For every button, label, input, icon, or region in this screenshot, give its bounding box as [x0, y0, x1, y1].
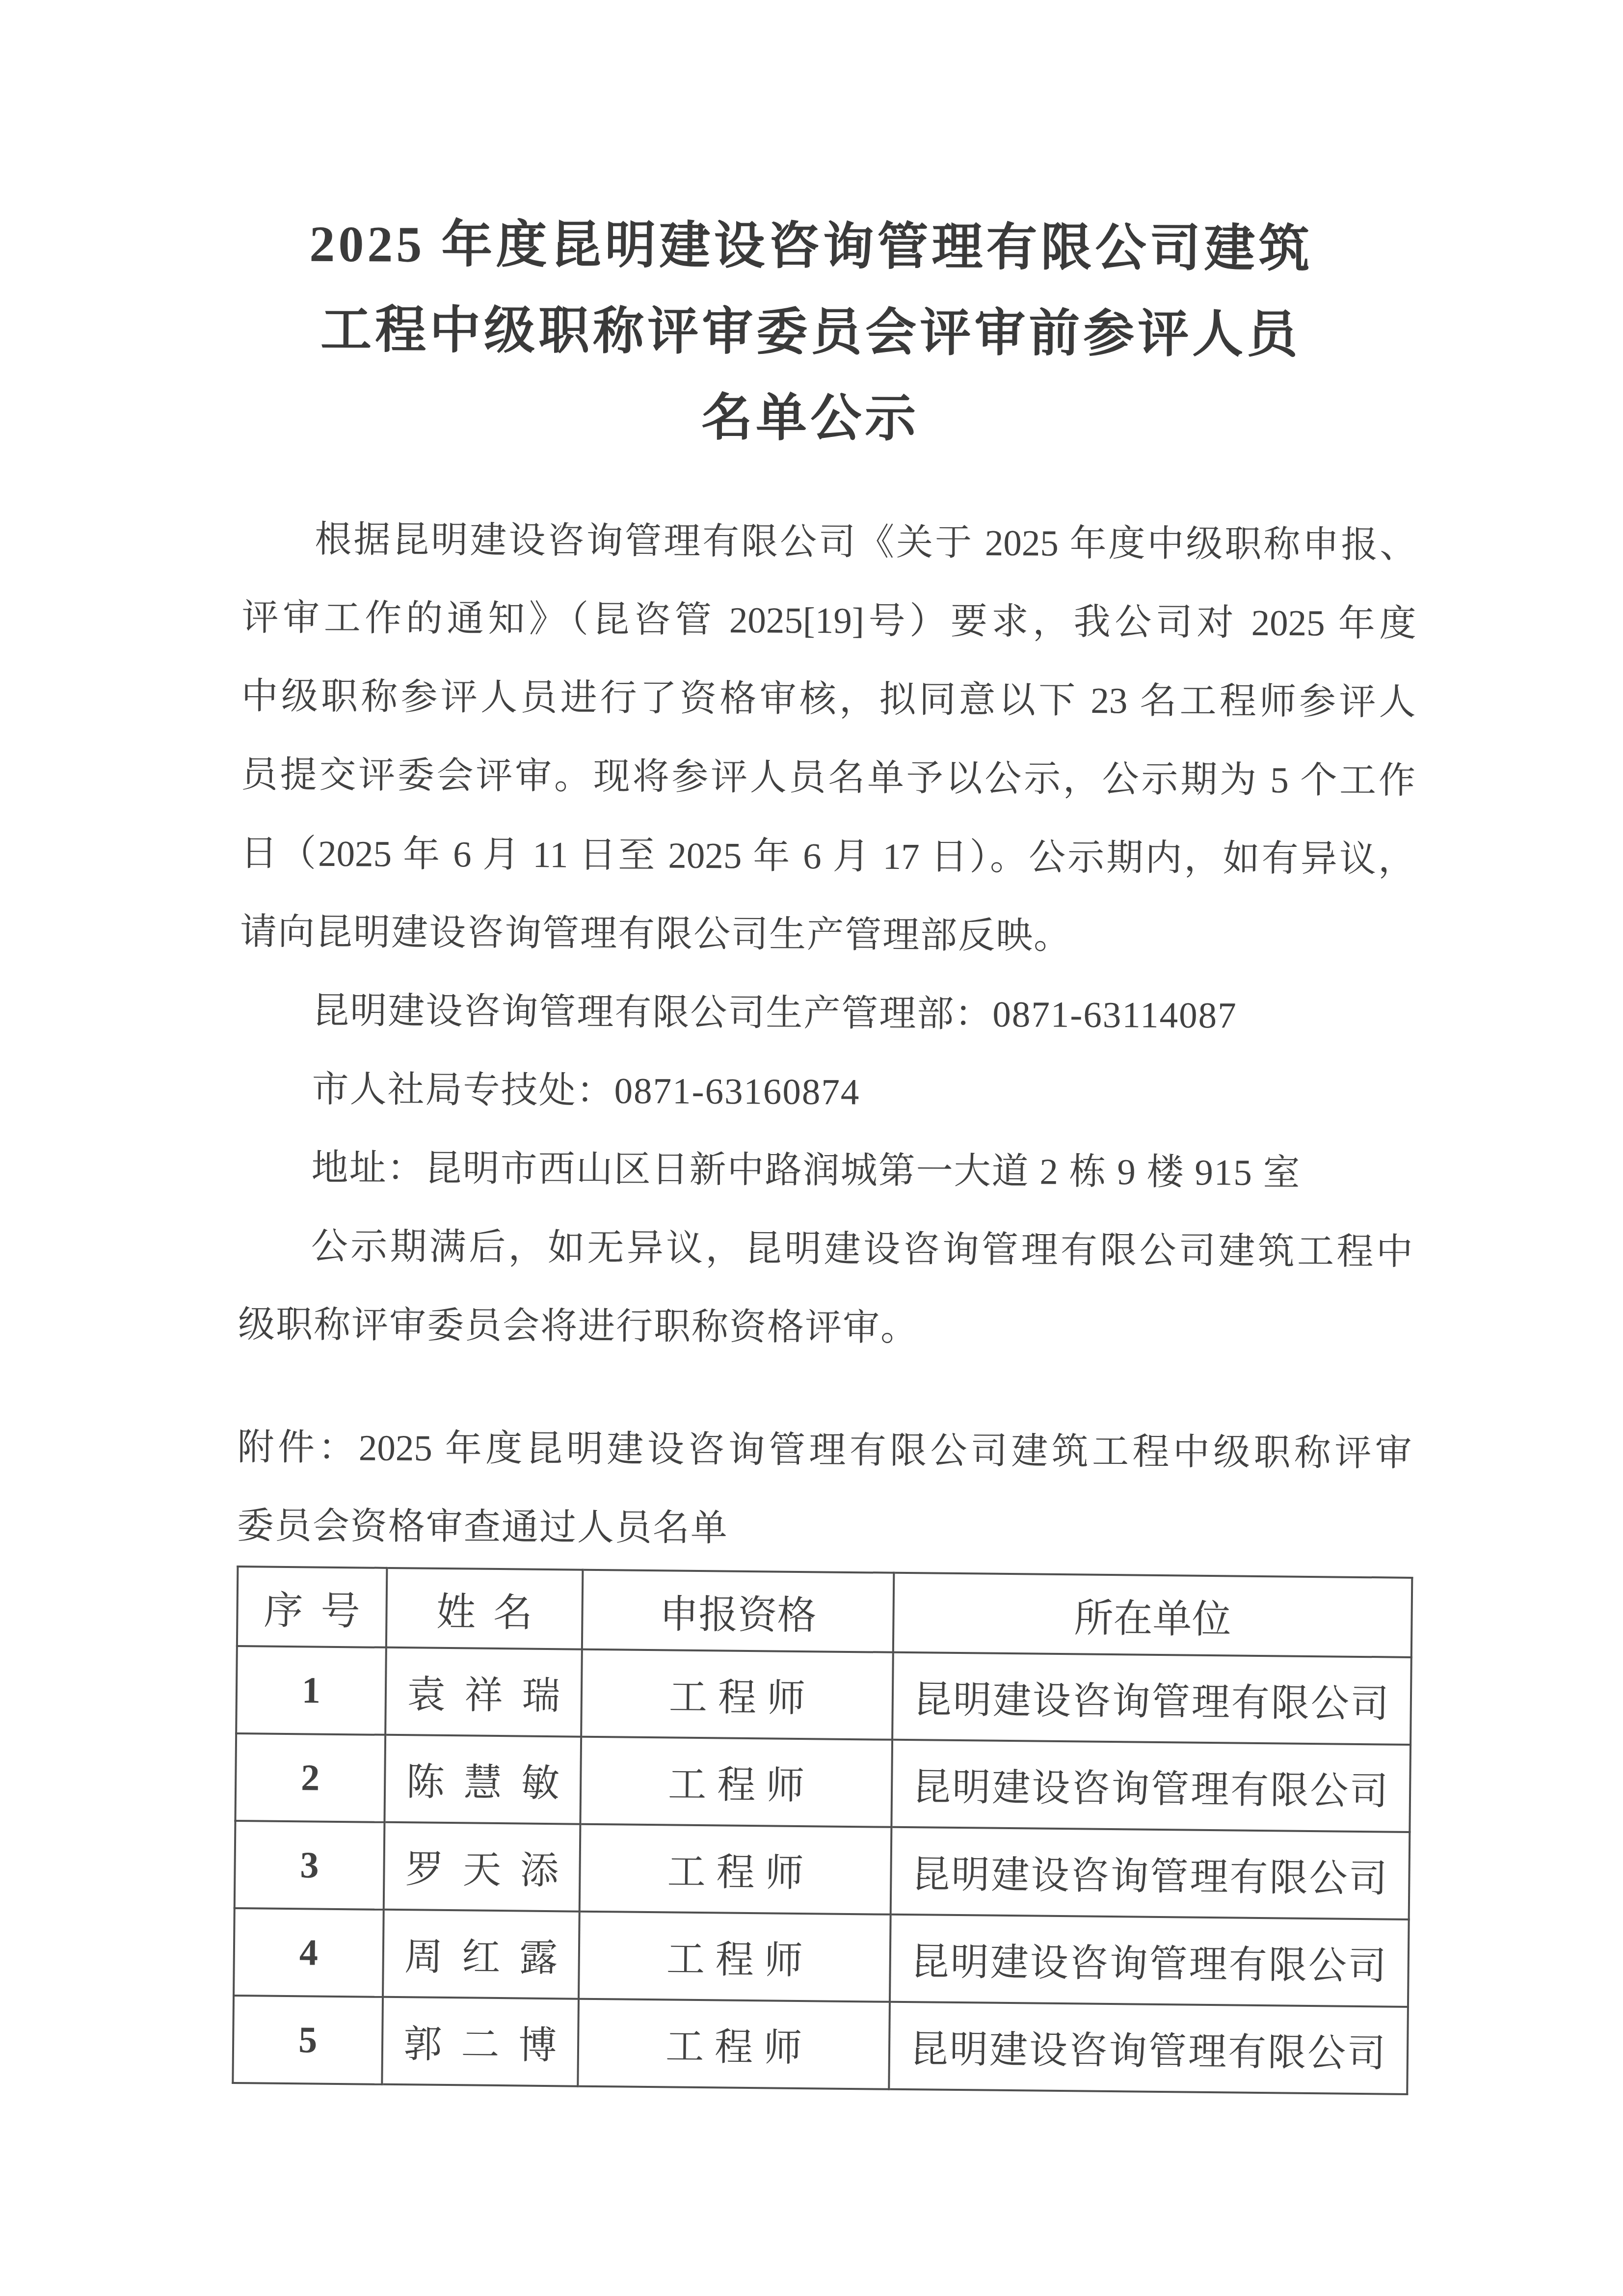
contact-line-hr-bureau-phone: 市人社局专技处：0871-63160874	[239, 1050, 1414, 1135]
cell-name: 罗天添	[384, 1822, 581, 1912]
col-header-qualification: 申报资格	[582, 1570, 894, 1652]
cell-no: 4	[234, 1908, 384, 1997]
blank-line-spacer	[238, 1364, 1412, 1415]
cell-name: 袁祥瑞	[385, 1648, 582, 1737]
attachment-note: 附件：2025 年度昆明建设咨询管理有限公司建筑工程中级职称评审 委员会资格审查…	[237, 1408, 1412, 1572]
body-line: 员提交评委会评审。现将参评人员名单予以公示，公示期为 5 个工作	[240, 736, 1415, 821]
cell-unit: 昆明建设咨询管理有限公司	[891, 1827, 1410, 1919]
cell-name: 陈慧敏	[384, 1735, 581, 1824]
document-content: 根据昆明建设咨询管理有限公司《关于 2025 年度中级职称申报、 评审工作的通知…	[234, 500, 1417, 2090]
body-line: 请向昆明建设咨询管理有限公司生产管理部反映。	[240, 893, 1415, 978]
cell-unit: 昆明建设咨询管理有限公司	[890, 1915, 1409, 2007]
body-line: 级职称评审委员会将进行职称资格评审。	[238, 1286, 1413, 1371]
document-title-line-2: 工程中级职称评审委员会评审前参评人员	[0, 285, 1623, 379]
scanned-document-page: 2025 年度昆明建设咨询管理有限公司建筑 工程中级职称评审委员会评审前参评人员…	[0, 0, 1623, 2296]
body-line: 日（2025 年 6 月 11 日至 2025 年 6 月 17 日）。公示期内…	[240, 814, 1415, 899]
attachment-line: 委员会资格审查通过人员名单	[237, 1487, 1411, 1572]
table-header-row: 序号 姓名 申报资格 所在单位	[237, 1567, 1412, 1657]
cell-no: 1	[236, 1646, 386, 1735]
cell-unit: 昆明建设咨询管理有限公司	[889, 2002, 1408, 2094]
table-row: 2 陈慧敏 工程师 昆明建设咨询管理有限公司	[235, 1733, 1410, 1832]
contact-line-address: 地址：昆明市西山区日新中路润城第一大道 2 栋 9 楼 915 室	[239, 1129, 1413, 1214]
table-row: 1 袁祥瑞 工程师 昆明建设咨询管理有限公司	[236, 1646, 1411, 1745]
cell-qualification: 工程师	[580, 1737, 892, 1827]
document-title: 2025 年度昆明建设咨询管理有限公司建筑 工程中级职称评审委员会评审前参评人员…	[0, 199, 1623, 465]
roster-table-wrapper: 序号 姓名 申报资格 所在单位 1 袁祥瑞 工程师 昆明建设咨询管理有限公司	[232, 1566, 1411, 2095]
cell-name: 周红露	[383, 1910, 580, 1999]
document-sheet: 2025 年度昆明建设咨询管理有限公司建筑 工程中级职称评审委员会评审前参评人员…	[0, 199, 1623, 2091]
cell-no: 3	[235, 1821, 385, 1910]
col-header-no: 序号	[237, 1567, 387, 1648]
roster-table: 序号 姓名 申报资格 所在单位 1 袁祥瑞 工程师 昆明建设咨询管理有限公司	[232, 1566, 1413, 2095]
cell-qualification: 工程师	[578, 1999, 890, 2089]
cell-no: 5	[233, 1996, 383, 2084]
attachment-line: 附件：2025 年度昆明建设咨询管理有限公司建筑工程中级职称评审	[237, 1408, 1412, 1493]
table-row: 5 郭二博 工程师 昆明建设咨询管理有限公司	[233, 1996, 1408, 2094]
body-paragraphs: 根据昆明建设咨询管理有限公司《关于 2025 年度中级职称申报、 评审工作的通知…	[238, 500, 1417, 1371]
body-line: 根据昆明建设咨询管理有限公司《关于 2025 年度中级职称申报、	[242, 500, 1417, 585]
document-title-line-3: 名单公示	[0, 371, 1622, 465]
cell-unit: 昆明建设咨询管理有限公司	[891, 1740, 1410, 1832]
cell-unit: 昆明建设咨询管理有限公司	[892, 1652, 1411, 1745]
cell-qualification: 工程师	[581, 1649, 893, 1740]
cell-no: 2	[235, 1733, 385, 1822]
contact-line-production-dept-phone: 昆明建设咨询管理有限公司生产管理部：0871-63114087	[239, 972, 1414, 1056]
col-header-unit: 所在单位	[893, 1573, 1412, 1657]
cell-name: 郭二博	[382, 1997, 579, 2086]
body-line: 中级职称参评人员进行了资格审核，拟同意以下 23 名工程师参评人	[241, 657, 1416, 742]
cell-qualification: 工程师	[579, 1912, 891, 2002]
table-row: 3 罗天添 工程师 昆明建设咨询管理有限公司	[235, 1821, 1410, 1919]
table-row: 4 周红露 工程师 昆明建设咨询管理有限公司	[234, 1908, 1409, 2007]
body-line: 公示期满后，如无异议，昆明建设咨询管理有限公司建筑工程中	[238, 1207, 1413, 1292]
body-line: 评审工作的通知》（昆咨管 2025[19]号）要求，我公司对 2025 年度	[241, 579, 1416, 664]
document-title-line-1: 2025 年度昆明建设咨询管理有限公司建筑	[0, 199, 1623, 294]
col-header-name: 姓名	[386, 1568, 583, 1649]
cell-qualification: 工程师	[580, 1824, 892, 1915]
